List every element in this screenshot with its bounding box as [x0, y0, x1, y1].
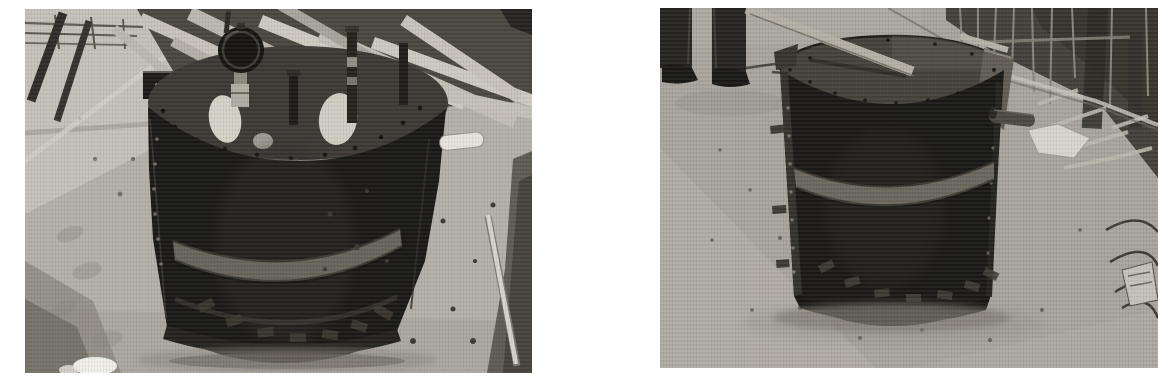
photo-left-scene — [25, 9, 532, 373]
photo-right-scene — [660, 8, 1158, 368]
photo-left — [25, 9, 532, 373]
photo-right — [660, 8, 1158, 368]
page-canvas — [0, 0, 1172, 380]
